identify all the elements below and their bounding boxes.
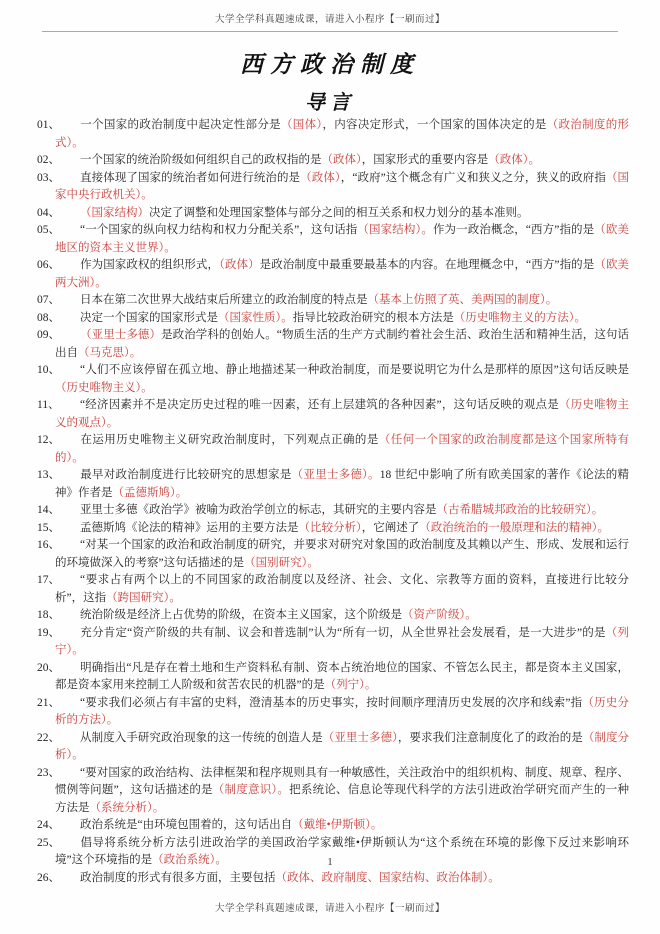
question-list: 01、一个国家的政治制度中起决定性部分是（国体），内容决定形式，一个国家的国体决…	[37, 117, 629, 887]
header-note: 大学全学科真题速成课，请进入小程序【一刷而过】	[0, 11, 660, 25]
item-number: 21、	[37, 695, 80, 713]
question-text: 一个国家的统治阶级如何组织自己的政权指的是	[80, 154, 322, 166]
question-item: 12、在运用历史唯物主义研究政治制度时，下列观点正确的是（任何一个国家的政治制度…	[37, 432, 629, 467]
item-number: 19、	[37, 625, 80, 643]
question-item: 08、决定一个国家的国家形式是（国家性质）。指导比较政治研究的根本方法是（历史唯…	[37, 310, 629, 328]
answer-text: （国家结构）。	[357, 224, 433, 236]
item-number: 02、	[37, 152, 80, 170]
question-item: 09、（亚里士多德）是政治学科的创始人。“物质生活的生产方式制约着社会生活、政治…	[37, 327, 629, 362]
question-text: 一个国家的政治制度中起决定性部分是	[80, 119, 281, 131]
item-number: 18、	[37, 607, 80, 625]
answer-text: （比较分析）	[299, 522, 362, 534]
page-number: 1	[0, 857, 660, 868]
answer-text: （资产阶级）。	[402, 609, 477, 621]
item-number: 16、	[37, 537, 80, 555]
question-item: 05、“一个国家的纵向权力结构和权力分配关系”，这句话指（国家结构）。作为一政治…	[37, 222, 629, 257]
question-item: 04、（国家结构）决定了调整和处理国家整体与部分之间的相互关系和权力划分的基本准…	[37, 205, 629, 223]
question-item: 21、“要求我们必须占有丰富的史料，澄清基本的历史事实，按时间顺序理清历史发展的…	[37, 695, 629, 730]
question-text: “一个国家的纵向权力结构和权力分配关系”，这句话指	[80, 224, 357, 236]
answer-text: （系统分析）。	[90, 802, 165, 814]
question-item: 13、最早对政治制度进行比较研究的思想家是（亚里士多德）。18 世纪中影响了所有…	[37, 467, 629, 502]
answer-text: （亚里士多德）	[323, 732, 398, 744]
question-text: ，要求我们注意制度化了的政治的是	[398, 732, 583, 744]
question-text: 最早对政治制度进行比较研究的思想家是	[80, 469, 292, 481]
answer-text: （政治统治的一般原理和法的精神）。	[419, 522, 609, 534]
question-item: 10、“人们不应该停留在孤立地、静止地描述某一种政治制度，而是要说明它为什么是那…	[37, 362, 629, 397]
question-item: 02、一个国家的统治阶级如何组织自己的政权指的是（政体），国家形式的重要内容是（…	[37, 152, 629, 170]
question-item: 07、日本在第二次世界大战结束后所建立的政治制度的特点是（基本上仿照了英、美两国…	[37, 292, 629, 310]
item-number: 03、	[37, 170, 80, 188]
item-number: 12、	[37, 432, 80, 450]
question-text: 日本在第二次世界大战结束后所建立的政治制度的特点是	[80, 294, 368, 306]
question-text: “经济因素并不是决定历史过程的唯一因素，还有上层建筑的各种因素”，这句话反映的观…	[80, 399, 559, 411]
question-text: 充分肯定“资产阶级的共有制、议会和普选制”认为“所有一切，从全世界社会发展看，是…	[80, 627, 606, 639]
item-number: 15、	[37, 520, 80, 538]
question-text: 政治系统是“由环境包围着的，这句话出自	[80, 819, 292, 831]
answer-text: （政体）	[322, 154, 362, 166]
item-number: 06、	[37, 257, 80, 275]
question-text: “要求我们必须占有丰富的史料，澄清基本的历史事实，按时间顺序理清历史发展的次序和…	[80, 697, 582, 709]
question-item: 22、从制度入手研究政治现象的这一传统的创造人是（亚里士多德），要求我们注意制度…	[37, 730, 629, 765]
question-item: 11、“经济因素并不是决定历史过程的唯一因素，还有上层建筑的各种因素”，这句话反…	[37, 397, 629, 432]
question-text: 统治阶级是经济上占优势的阶级，在资本主义国家，这个阶级是	[80, 609, 402, 621]
answer-text: （政体）	[300, 172, 341, 184]
question-text: 从制度入手研究政治现象的这一传统的创造人是	[80, 732, 323, 744]
answer-text: （亚里士多德）。	[292, 469, 380, 481]
document-subtitle: 导言	[0, 86, 660, 115]
answer-text: （马克思）。	[78, 347, 141, 359]
answer-text: （国家结构）	[80, 207, 149, 219]
answer-text: （历史唯物主义）。	[55, 382, 153, 394]
item-number: 10、	[37, 362, 80, 380]
question-text: 决定一个国家的国家形式是	[80, 312, 218, 324]
question-text: 亚里士多德《政治学》被喻为政治学创立的标志，其研究的主要内容是	[80, 504, 437, 516]
item-number: 11、	[37, 397, 80, 415]
item-number: 26、	[37, 870, 80, 888]
question-text: ，“政府”这个概念有广义和狭义之分，狭义的政府指	[341, 172, 606, 184]
question-item: 15、孟德斯鸠《论法的精神》运用的主要方法是（比较分析），它阐述了（政治统治的一…	[37, 520, 629, 538]
question-text: ，国家形式的重要内容是	[362, 154, 489, 166]
answer-text: （国家性质）。	[218, 312, 293, 324]
document-title: 西方政治制度	[0, 46, 660, 79]
item-number: 07、	[37, 292, 80, 310]
answer-text: （戴维•伊斯顿）。	[292, 819, 382, 831]
item-number: 01、	[37, 117, 80, 135]
question-text: 直接体现了国家的统治者如何进行统治的是	[80, 172, 300, 184]
question-item: 18、统治阶级是经济上占优势的阶级，在资本主义国家，这个阶级是（资产阶级）。	[37, 607, 629, 625]
item-number: 04、	[37, 205, 80, 223]
question-text: “对某一个国家的政治和政治制度的研究，并要求对研究对象国的政治制度及其赖以产生、…	[55, 539, 629, 569]
question-item: 16、“对某一个国家的政治和政治制度的研究，并要求对研究对象国的政治制度及其赖以…	[37, 537, 629, 572]
question-item: 17、“要求占有两个以上的不同国家的政治制度以及经济、社会、文化、宗教等方面的资…	[37, 572, 629, 607]
question-item: 19、充分肯定“资产阶级的共有制、议会和普选制”认为“所有一切，从全世界社会发展…	[37, 625, 629, 660]
item-number: 08、	[37, 310, 80, 328]
document-page: 大学全学科真题速成课，请进入小程序【一刷而过】 西方政治制度 导言 01、一个国…	[0, 0, 660, 934]
question-text: “人们不应该停留在孤立地、静止地描述某一种政治制度，而是要说明它为什么是那样的原…	[80, 364, 629, 376]
answer-text: （古希腊城邦政治的比较研究）。	[437, 504, 604, 516]
answer-text: （跨国研究）。	[106, 592, 181, 604]
answer-text: （历史唯物主义的方法）。	[454, 312, 586, 324]
item-number: 13、	[37, 467, 80, 485]
question-text: ，内容决定形式，一个国家的国体决定的是	[322, 119, 546, 131]
item-number: 20、	[37, 660, 80, 678]
question-item: 01、一个国家的政治制度中起决定性部分是（国体），内容决定形式，一个国家的国体决…	[37, 117, 629, 152]
question-text: ，它阐述了	[362, 522, 420, 534]
answer-text: （政体、政府制度、国家结构、政治体制）。	[276, 872, 500, 884]
item-number: 23、	[37, 765, 80, 783]
answer-text: （孟德斯鸠）。	[113, 487, 188, 499]
question-item: 03、直接体现了国家的统治者如何进行统治的是（政体），“政府”这个概念有广义和狭…	[37, 170, 629, 205]
item-number: 22、	[37, 730, 80, 748]
question-item: 14、亚里士多德《政治学》被喻为政治学创立的标志，其研究的主要内容是（古希腊城邦…	[37, 502, 629, 520]
question-text: 指导比较政治研究的根本方法是	[293, 312, 454, 324]
question-item: 23、“要对国家的政治结构、法律框架和程序规则具有一种敏感性，关注政治中的组织机…	[37, 765, 629, 818]
answer-text: （政体）	[219, 259, 260, 271]
item-number: 09、	[37, 327, 80, 345]
item-number: 14、	[37, 502, 80, 520]
item-number: 17、	[37, 572, 80, 590]
answer-text: （制度意识）。	[213, 784, 289, 796]
header-divider	[42, 31, 618, 32]
item-number: 05、	[37, 222, 80, 240]
answer-text: （亚里士多德）	[80, 329, 161, 341]
answer-text: （政体）。	[488, 154, 540, 166]
footer-note: 大学全学科真题速成课，请进入小程序【一刷而过】	[0, 900, 660, 914]
item-number: 25、	[37, 835, 80, 853]
answer-text: （列宁）。	[325, 679, 377, 691]
question-text: 在运用历史唯物主义研究政治制度时，下列观点正确的是	[80, 434, 379, 446]
question-text: 是政治制度中最重要最基本的内容。在地理概念中，“西方”指的是	[260, 259, 595, 271]
question-text: 孟德斯鸠《论法的精神》运用的主要方法是	[80, 522, 299, 534]
answer-text: （国体）	[281, 119, 322, 131]
question-item: 24、政治系统是“由环境包围着的，这句话出自（戴维•伊斯顿）。	[37, 817, 629, 835]
question-text: 作为国家政权的组织形式，	[80, 259, 219, 271]
question-item: 06、作为国家政权的组织形式，（政体）是政治制度中最重要最基本的内容。在地理概念…	[37, 257, 629, 292]
question-item: 20、明确指出“凡是存在着土地和生产资料私有制、资本占统治地位的国家、不管怎么民…	[37, 660, 629, 695]
question-text: 政治制度的形式有很多方面，主要包括	[80, 872, 276, 884]
question-text: 作为一政治概念，“西方”指的是	[433, 224, 594, 236]
answer-text: （国别研究）。	[244, 557, 319, 569]
item-number: 24、	[37, 817, 80, 835]
answer-text: （基本上仿照了英、美两国的制度）。	[368, 294, 558, 306]
question-item: 26、政治制度的形式有很多方面，主要包括（政体、政府制度、国家结构、政治体制）。	[37, 870, 629, 888]
question-text: 决定了调整和处理国家整体与部分之间的相互关系和权力划分的基本准则。	[149, 207, 529, 219]
